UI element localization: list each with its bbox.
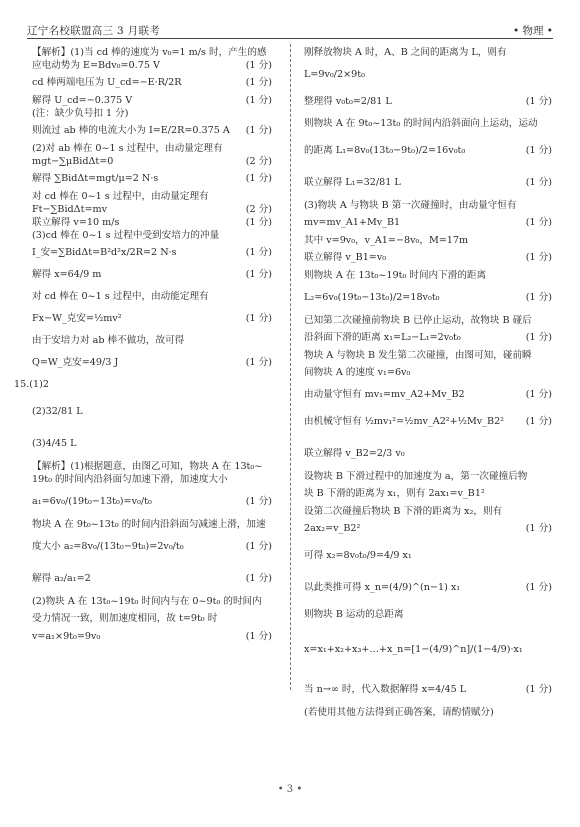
score: (1 分) [246,264,272,286]
score: (1 分) [526,247,552,269]
solution-line: 对 cd 棒在 0~1 s 过程中，由动能定理有 [32,286,272,308]
right-column: 刚释放物块 A 时，A、B 之间的距离为 L，则有 L=9v₀/2×9t₀ 整理… [304,46,552,719]
solution-line: 整理得 v₀t₀=2/81 L(1 分) [304,91,552,113]
score: (1 分) [526,384,552,406]
score: (1 分) [246,352,272,374]
answer-line: (2)32/81 L [32,396,272,428]
score: (1 分) [526,135,552,167]
solution-line: 对 cd 棒在 0~1 s 过程中，由动量定理有 [32,190,272,203]
exam-title: 辽宁名校联盟高三 3 月联考 [27,23,160,38]
column-divider [290,44,291,690]
solution-line: 块 B 下滑的距离为 x₁，则有 2ax₁=v_B1² [304,483,552,505]
solution-line: 当 n→∞ 时，代入数据解得 x=4/45 L(1 分) [304,674,552,706]
solution-line: a₁=6v₀/(19t₀−13t₀)=v₀/t₀(1 分) [32,486,272,518]
grading-note: (若使用其他方法得到正确答案，请酌情赋分) [304,706,552,719]
solution-line: (2)物块 A 在 13t₀~19t₀ 时间内与在 0~9t₀ 的时间内 [32,595,272,608]
solution-line: 则流过 ab 棒的电流大小为 I=E/2R=0.375 A(1 分) [32,120,272,142]
score: (1 分) [526,674,552,706]
solution-line: 解得 x=64/9 m(1 分) [32,264,272,286]
score: (2 分) [246,155,272,168]
score: (1 分) [526,91,552,113]
score: (1 分) [246,308,272,330]
solution-line: (2)对 ab 棒在 0~1 s 过程中，由动量定理有 [32,142,272,155]
solution-line: 解得 a₂/a₁=2(1 分) [32,563,272,595]
solution-line: L₂=6v₀(19t₀−13t₀)/2=18v₀t₀(1 分) [304,282,552,314]
score: (1 分) [526,167,552,199]
solution-line: (注：缺少负号扣 1 分) [32,107,272,120]
solution-line: 则物块 A 在 13t₀~19t₀ 时间内下滑的距离 [304,269,552,282]
solution-line: 由动量守恒有 mv₁=mv_A2+Mv_B2(1 分) [304,384,552,406]
solution-line: x=x₁+x₂+x₃+…+x_n=[1−(4/9)^n]/(1−4/9)·x₁ [304,626,552,674]
solution-line: 其中 v=9v₀，v_A1=−8v₀，M=17m [304,234,552,247]
solution-line: L=9v₀/2×9t₀ [304,59,552,91]
solution-line: 以此类推可得 x_n=(4/9)^(n−1) x₁(1 分) [304,572,552,604]
score: (1 分) [526,406,552,438]
solution-line: I_安=∑BidΔt=B²d²x/2R=2 N·s(1 分) [32,242,272,264]
score: (1 分) [246,120,272,142]
score: (1 分) [246,168,272,190]
solution-line: 度大小 a₂=8v₀/(13t₀−9t₀)=2v₀/t₀(1 分) [32,531,272,563]
score: (1 分) [246,72,272,94]
solution-line: 刚释放物块 A 时，A、B 之间的距离为 L，则有 [304,46,552,59]
score: (1 分) [246,216,272,229]
solution-line: 物块 A 与物块 B 发生第二次碰撞，由图可知，碰前瞬 [304,349,552,362]
solution-line: 间物块 A 的速度 v₁=6v₀ [304,362,552,384]
solution-line: 联立解得 v_B1=v₀(1 分) [304,247,552,269]
solution-line: 设第二次碰撞后物块 B 下滑的距离为 x₂，则有 [304,505,552,518]
solution-line: 联立解得 L₁=32/81 L(1 分) [304,167,552,199]
solution-line: 联立解得 v=10 m/s(1 分) [32,216,272,229]
score: (1 分) [526,282,552,314]
left-column: 【解析】(1)当 cd 棒的速度为 v₀=1 m/s 时，产生的感 应电动势为 … [32,46,272,643]
solution-line: 由机械守恒有 ½mv₁²=½mv_A2²+½Mv_B2²(1 分) [304,406,552,438]
solution-line: 19t₀ 的时间内沿斜面匀加速下滑，加速度大小 [32,473,272,486]
solution-line: 【解析】(1)当 cd 棒的速度为 v₀=1 m/s 时，产生的感 [32,46,272,59]
page-header: 辽宁名校联盟高三 3 月联考 • 物理 • [27,22,553,39]
solution-line: 应电动势为 E=Bdv₀=0.75 V(1 分) [32,59,272,72]
solution-line: 【解析】(1)根据题意，由图乙可知，物块 A 在 13t₀~ [32,460,272,473]
page-number: • 3 • [0,784,580,795]
score: (1 分) [246,242,272,264]
solution-line: 解得 U_cd=−0.375 V(1 分) [32,94,272,107]
solution-line: 则物块 A 在 9t₀~13t₀ 的时间内沿斜面向上运动，运动 [304,113,552,135]
score: (1 分) [526,327,552,349]
score: (1 分) [246,59,272,72]
solution-line: 物块 A 在 9t₀~13t₀ 的时间内沿斜面匀减速上滑，加速 [32,518,272,531]
answer-line: (3)4/45 L [32,428,272,460]
score: (1 分) [526,518,552,540]
solution-line: 解得 ∑BidΔt=mgt/μ=2 N·s(1 分) [32,168,272,190]
score: (1 分) [246,630,272,643]
solution-line: 沿斜面下滑的距离 x₁=L₂−L₁=2v₀t₀(1 分) [304,327,552,349]
solution-line: mgt−∑μBidΔt=0(2 分) [32,155,272,168]
solution-line: 受力情况一致，则加速度相同，故 t=9t₀ 时 [32,608,272,630]
score: (1 分) [526,212,552,234]
solution-line: 设物块 B 下滑过程中的加速度为 a，第一次碰撞后物 [304,470,552,483]
score: (1 分) [246,531,272,563]
question-number-15: 15.(1)2 [14,374,272,396]
solution-line: Q=W_克安=49/3 J(1 分) [32,352,272,374]
solution-line: cd 棒两端电压为 U_cd=−E·R/2R(1 分) [32,72,272,94]
solution-line: Fx−W_克安=½mv²(1 分) [32,308,272,330]
solution-line: 的距离 L₁=8v₀(13t₀−9t₀)/2=16v₀t₀(1 分) [304,135,552,167]
solution-line: Ft−∑BidΔt=mv(2 分) [32,203,272,216]
solution-line: 已知第二次碰撞前物块 B 已停止运动，故物块 B 碰后 [304,314,552,327]
solution-line: (3)cd 棒在 0~1 s 过程中受到安培力的冲量 [32,229,272,242]
solution-line: 可得 x₂=8v₀t₀/9=4/9 x₁ [304,540,552,572]
solution-line: mv=mv_A1+Mv_B1(1 分) [304,212,552,234]
solution-line: v=a₁×9t₀=9v₀(1 分) [32,630,272,643]
solution-line: 则物块 B 运动的总距离 [304,604,552,626]
subject-label: • 物理 • [513,23,553,38]
score: (1 分) [526,572,552,604]
score: (1 分) [246,486,272,518]
solution-line: 由于安培力对 ab 棒不做功，故可得 [32,330,272,352]
score: (1 分) [246,563,272,595]
solution-line: 联立解得 v_B2=2/3 v₀ [304,438,552,470]
score: (2 分) [246,203,272,216]
score: (1 分) [246,94,272,107]
solution-line: 2ax₂=v_B2²(1 分) [304,518,552,540]
solution-line: (3)物块 A 与物块 B 第一次碰撞时，由动量守恒有 [304,199,552,212]
